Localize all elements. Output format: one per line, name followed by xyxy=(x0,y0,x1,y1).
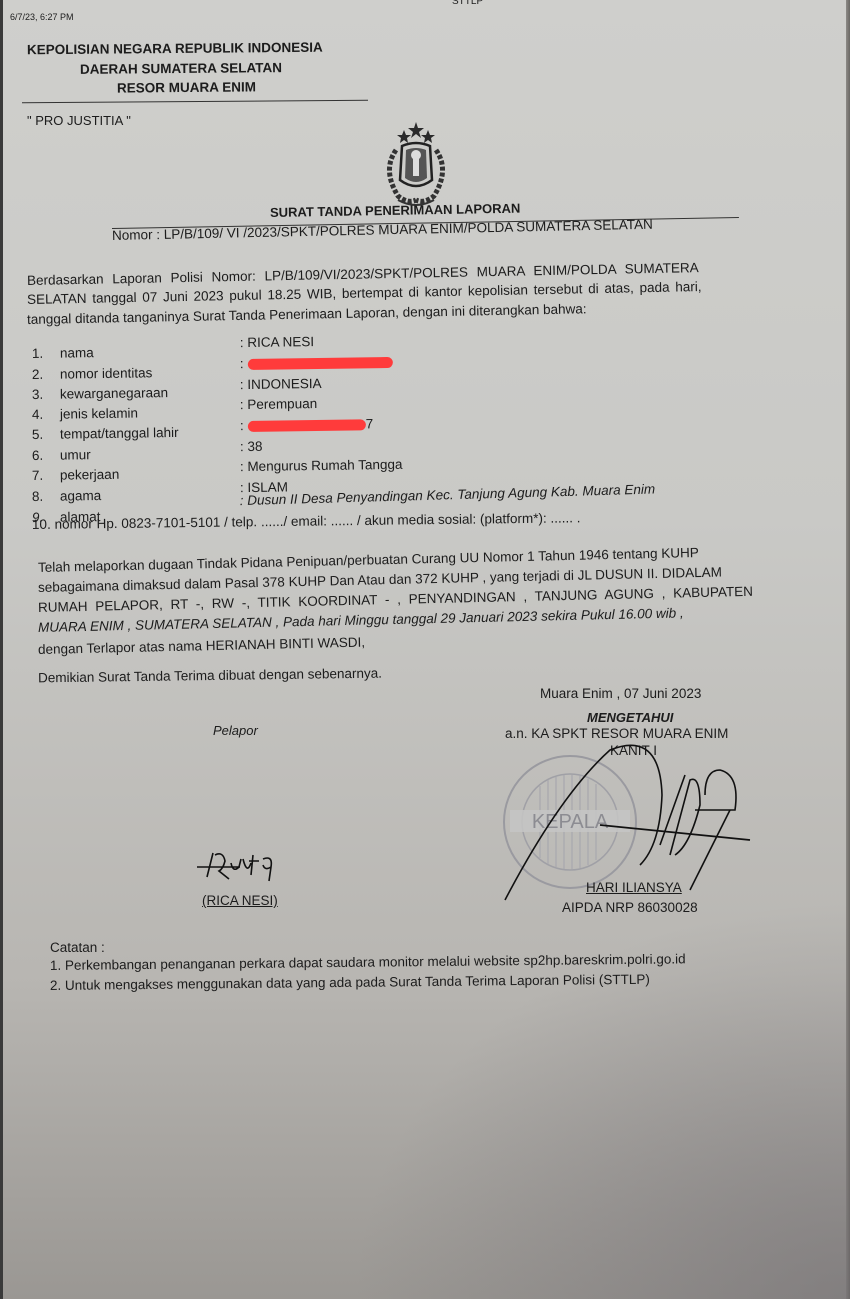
print-timestamp: 6/7/23, 6:27 PM xyxy=(10,12,74,22)
field-value: : xyxy=(240,354,393,371)
field-number: 2. xyxy=(32,367,43,382)
field-value: : INDONESIA xyxy=(240,376,322,392)
field-label: nomor identitas xyxy=(60,365,153,381)
letterhead-divider xyxy=(22,100,368,103)
doc-code: STTLP xyxy=(452,0,483,7)
field-value: : Mengurus Rumah Tangga xyxy=(240,457,403,474)
photo-edge-left xyxy=(0,0,3,1299)
note-item: 2. Untuk mengakses menggunakan data yang… xyxy=(50,972,650,993)
letterhead-line-1: KEPOLISIAN NEGARA REPUBLIK INDONESIA xyxy=(27,40,323,58)
pro-justitia: " PRO JUSTITIA " xyxy=(27,113,131,128)
field-number: 3. xyxy=(32,387,43,402)
reporter-signature xyxy=(195,845,285,885)
redaction-mark xyxy=(248,357,393,370)
report-body-line-5: dengan Terlapor atas nama HERIANAH BINTI… xyxy=(38,635,365,657)
place-date: Muara Enim , 07 Juni 2023 xyxy=(540,686,701,701)
field-value: : 38 xyxy=(240,439,263,454)
field-number: 6. xyxy=(32,448,43,463)
letterhead-line-3: RESOR MUARA ENIM xyxy=(117,79,256,95)
document-title: SURAT TANDA PENERIMAAN LAPORAN xyxy=(270,201,521,220)
field-label: tempat/tanggal lahir xyxy=(60,425,179,442)
field-number: 8. xyxy=(32,489,43,504)
field-number: 4. xyxy=(32,407,43,422)
field-number: 7. xyxy=(32,468,43,483)
officer-name: HARI ILIANSYA xyxy=(586,880,682,895)
field-number: 5. xyxy=(32,427,43,442)
field-label: agama xyxy=(60,488,101,504)
field-number: 1. xyxy=(32,346,43,361)
reporter-role-label: Pelapor xyxy=(213,723,258,738)
redaction-mark xyxy=(248,419,366,432)
document-number: Nomor : LP/B/109/ VI /2023/SPKT/POLRES M… xyxy=(112,217,653,243)
closing-statement: Demikian Surat Tanda Terima dibuat denga… xyxy=(38,666,382,686)
acknowledge-label: MENGETAHUI xyxy=(587,710,673,725)
field-label: jenis kelamin xyxy=(60,406,138,422)
notes-heading: Catatan : xyxy=(50,940,105,955)
letterhead-line-2: DAERAH SUMATERA SELATAN xyxy=(80,60,282,77)
field-value: :7 xyxy=(240,416,373,433)
police-emblem-icon xyxy=(368,120,464,210)
officer-rank-nrp: AIPDA NRP 86030028 xyxy=(562,900,698,915)
field-label: umur xyxy=(60,447,91,462)
field-label: kewarganegaraan xyxy=(60,385,168,402)
field-label: pekerjaan xyxy=(60,467,120,483)
field-value: : RICA NESI xyxy=(240,334,314,350)
field-label: nama xyxy=(60,345,94,360)
photo-edge-right xyxy=(846,0,850,1299)
field-value: : Perempuan xyxy=(240,396,317,412)
note-item: 1. Perkembangan penanganan perkara dapat… xyxy=(50,951,686,973)
reporter-name: (RICA NESI) xyxy=(202,893,278,908)
